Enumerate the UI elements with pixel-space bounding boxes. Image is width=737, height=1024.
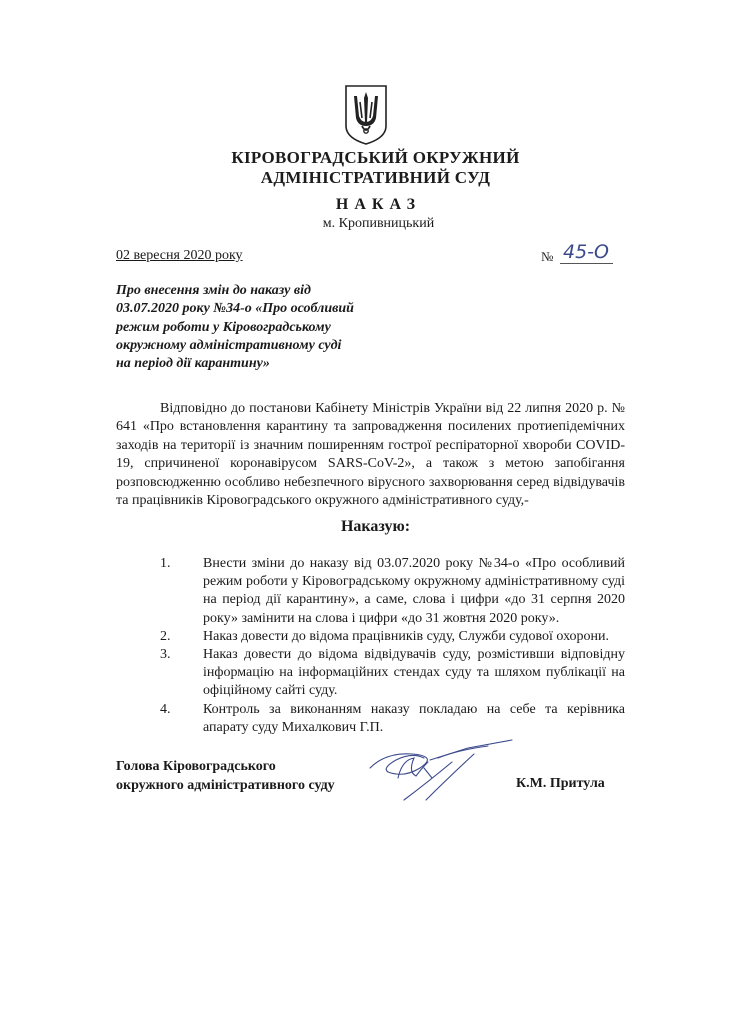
order-item: 3. Наказ довести до відома відвідувачів … — [160, 646, 625, 701]
item-text: Наказ довести до відома працівників суду… — [203, 628, 625, 646]
handwritten-signature-icon — [368, 738, 528, 804]
subject-line: режим роботи у Кіровоградському — [116, 319, 416, 337]
order-subject: Про внесення змін до наказу від 03.07.20… — [116, 282, 416, 373]
subject-line: Про внесення змін до наказу від — [116, 282, 416, 300]
item-number: 1. — [160, 555, 203, 628]
signer-title-line: окружного адміністративного суду — [116, 777, 335, 796]
court-name-line1: КІРОВОГРАДСЬКИЙ ОКРУЖНИЙ — [0, 148, 737, 168]
item-text: Внести зміни до наказу від 03.07.2020 ро… — [203, 555, 625, 628]
order-number-label: № — [541, 249, 553, 265]
order-item: 1. Внести зміни до наказу від 03.07.2020… — [160, 555, 625, 628]
item-text: Наказ довести до відома відвідувачів суд… — [203, 646, 625, 701]
order-items-list: 1. Внести зміни до наказу від 03.07.2020… — [160, 555, 625, 737]
item-number: 3. — [160, 646, 203, 701]
preamble-text: Відповідно до постанови Кабінету Міністр… — [116, 401, 625, 508]
subject-line: на період дії карантину» — [116, 355, 416, 373]
signer-name: К.М. Притула — [516, 776, 605, 792]
court-name-line2: АДМІНІСТРАТИВНИЙ СУД — [0, 168, 737, 188]
signer-title: Голова Кіровоградського окружного адміні… — [116, 758, 335, 795]
item-number: 4. — [160, 701, 203, 737]
preamble-paragraph: Відповідно до постанови Кабінету Міністр… — [116, 400, 625, 510]
city: м. Кропивницький — [0, 216, 737, 232]
coat-of-arms-icon — [340, 82, 392, 148]
subject-line: окружному адміністративному суді — [116, 337, 416, 355]
signer-title-line: Голова Кіровоградського — [116, 758, 335, 777]
item-number: 2. — [160, 628, 203, 646]
order-date: 02 вересня 2020 року — [116, 248, 243, 264]
order-heading: Наказую: — [0, 518, 737, 536]
document-type-title: НАКАЗ — [0, 196, 737, 214]
subject-line: 03.07.2020 року №34-о «Про особливий — [116, 300, 416, 318]
order-item: 2. Наказ довести до відома працівників с… — [160, 628, 625, 646]
order-item: 4. Контроль за виконанням наказу поклада… — [160, 701, 625, 737]
item-text: Контроль за виконанням наказу покладаю н… — [203, 701, 625, 737]
order-number-handwritten: 45-О — [560, 241, 613, 264]
